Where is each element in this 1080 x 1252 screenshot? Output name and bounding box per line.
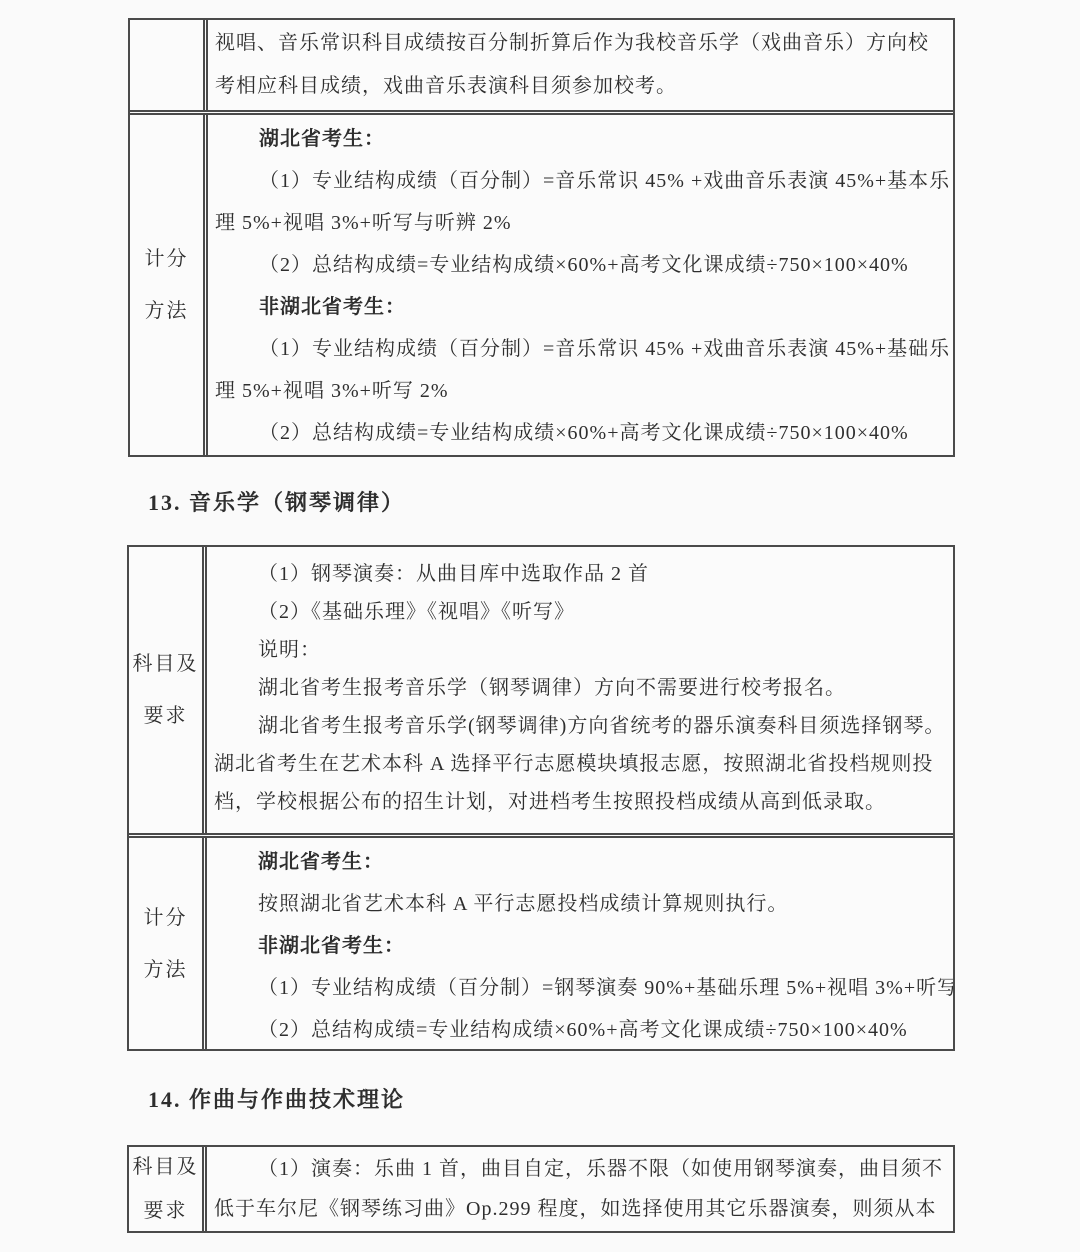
subjects-label: 科目及 要求 [129, 547, 207, 833]
scoring-method-label: 计分 方法 [129, 838, 207, 1049]
scoring-line: 湖北省考生： [215, 118, 949, 160]
scoring-line: （1）专业结构成绩（百分制）=音乐常识 45% +戏曲音乐表演 45%+基本乐 [215, 160, 949, 202]
remark-cell: 视唱、音乐常识科目成绩按百分制折算后作为我校音乐学（戏曲音乐）方向校 考相应科目… [208, 20, 953, 110]
scoring-line: （1）专业结构成绩（百分制）=音乐常识 45% +戏曲音乐表演 45%+基础乐 [215, 328, 949, 370]
scoring-line: 理 5%+视唱 3%+听写与听辨 2% [215, 202, 949, 244]
table-row-scoring-method: 计分 方法 湖北省考生： （1）专业结构成绩（百分制）=音乐常识 45% +戏曲… [130, 110, 953, 455]
remark-line: 考相应科目成绩，戏曲音乐表演科目须参加校考。 [215, 65, 949, 108]
scoring-method-label: 计分 方法 [130, 115, 208, 455]
scoring-line: （2）总结构成绩=专业结构成绩×60%+高考文化课成绩÷750×100×40% [215, 412, 949, 454]
scoring-line: 理 5%+视唱 3%+听写 2% [215, 370, 949, 412]
section-heading-13: 13. 音乐学（钢琴调律） [148, 486, 405, 517]
scoring-line: 非湖北省考生： [215, 286, 949, 328]
table-row-scoring-method: 计分 方法 湖北省考生： 按照湖北省艺术本科 A 平行志愿投档成绩计算规则执行。… [129, 833, 953, 1049]
section-heading-14: 14. 作曲与作曲技术理论 [148, 1083, 405, 1114]
scoring-line: （2）总结构成绩=专业结构成绩×60%+高考文化课成绩÷750×100×40% [215, 244, 949, 286]
row-label-cell-empty [130, 20, 208, 110]
subject-line: 档，学校根据公布的招生计划，对进档考生按照投档成绩从高到低录取。 [214, 783, 949, 821]
label-line: 要求 [144, 690, 188, 742]
subject-line: （1）钢琴演奏：从曲目库中选取作品 2 首 [214, 555, 949, 593]
label-line: 科目及 [133, 638, 199, 690]
subject-line: 说明： [214, 631, 949, 669]
table-composition: 科目及 要求 （1）演奏：乐曲 1 首，曲目自定，乐器不限（如使用钢琴演奏，曲目… [127, 1145, 955, 1233]
subjects-label: 科目及 要求 [129, 1147, 207, 1231]
label-line: 计分 [145, 233, 189, 285]
subject-line: 低于车尔尼《钢琴练习曲》Op.299 程度，如选择使用其它乐器演奏，则须从本 [214, 1189, 949, 1229]
table-xiqu-music-scoring: 视唱、音乐常识科目成绩按百分制折算后作为我校音乐学（戏曲音乐）方向校 考相应科目… [128, 18, 955, 457]
label-line: 科目及 [133, 1145, 199, 1189]
scoring-line: 非湖北省考生： [214, 925, 949, 967]
table-row-subjects: 科目及 要求 （1）钢琴演奏：从曲目库中选取作品 2 首 （2）《基础乐理》《视… [129, 547, 953, 833]
subject-line: （1）演奏：乐曲 1 首，曲目自定，乐器不限（如使用钢琴演奏，曲目须不 [214, 1149, 949, 1189]
scoring-line: （2）总结构成绩=专业结构成绩×60%+高考文化课成绩÷750×100×40% [214, 1009, 949, 1049]
scoring-line: （1）专业结构成绩（百分制）=钢琴演奏 90%+基础乐理 5%+视唱 3%+听写… [214, 967, 949, 1009]
subject-line: 湖北省考生在艺术本科 A 选择平行志愿模块填报志愿，按照湖北省投档规则投 [214, 745, 949, 783]
subject-line: 湖北省考生报考音乐学(钢琴调律)方向省统考的器乐演奏科目须选择钢琴。 [214, 707, 949, 745]
remark-line: 视唱、音乐常识科目成绩按百分制折算后作为我校音乐学（戏曲音乐）方向校 [215, 22, 949, 65]
table-row-remark: 视唱、音乐常识科目成绩按百分制折算后作为我校音乐学（戏曲音乐）方向校 考相应科目… [130, 20, 953, 110]
table-piano-tuning: 科目及 要求 （1）钢琴演奏：从曲目库中选取作品 2 首 （2）《基础乐理》《视… [127, 545, 955, 1051]
subjects-content: （1）演奏：乐曲 1 首，曲目自定，乐器不限（如使用钢琴演奏，曲目须不 低于车尔… [207, 1147, 953, 1231]
scoring-line: 湖北省考生： [214, 841, 949, 883]
label-line: 要求 [144, 1189, 188, 1233]
label-line: 方法 [145, 285, 189, 337]
subject-line: （2）《基础乐理》《视唱》《听写》 [214, 593, 949, 631]
label-line: 方法 [144, 944, 188, 996]
subjects-content: （1）钢琴演奏：从曲目库中选取作品 2 首 （2）《基础乐理》《视唱》《听写》 … [207, 547, 953, 833]
scoring-method-content: 湖北省考生： 按照湖北省艺术本科 A 平行志愿投档成绩计算规则执行。 非湖北省考… [207, 838, 953, 1049]
table-row-subjects: 科目及 要求 （1）演奏：乐曲 1 首，曲目自定，乐器不限（如使用钢琴演奏，曲目… [129, 1147, 953, 1231]
label-line: 计分 [144, 892, 188, 944]
scoring-method-content: 湖北省考生： （1）专业结构成绩（百分制）=音乐常识 45% +戏曲音乐表演 4… [208, 115, 953, 455]
subject-line: 湖北省考生报考音乐学（钢琴调律）方向不需要进行校考报名。 [214, 669, 949, 707]
scoring-line: 按照湖北省艺术本科 A 平行志愿投档成绩计算规则执行。 [214, 883, 949, 925]
